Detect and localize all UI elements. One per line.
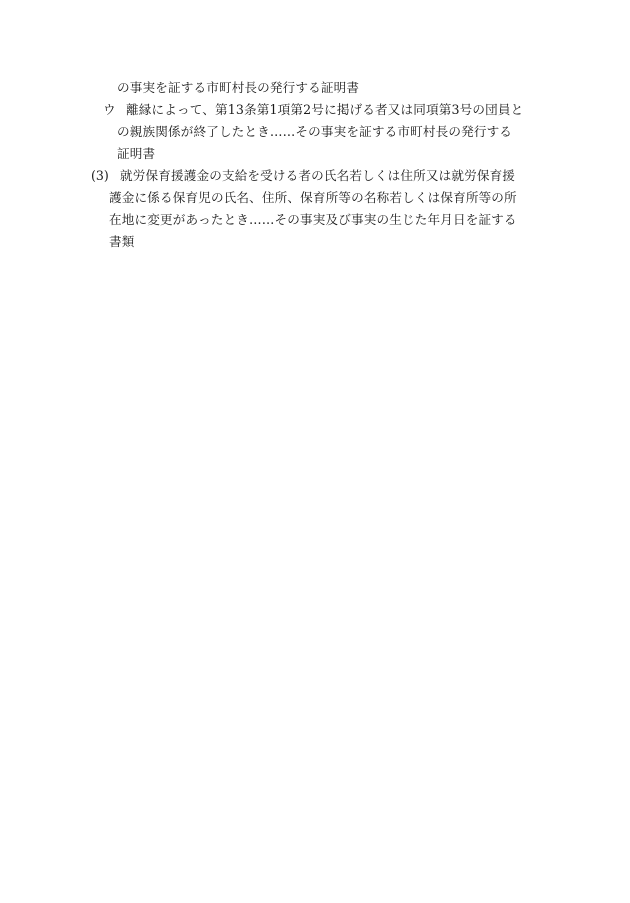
text-line-2: 離縁によって、第13条第1項第2号に掲げる者又は同項第3号の団員と [126, 102, 523, 118]
text-line-4: 証明書 [117, 146, 155, 162]
text-line-8: 書類 [109, 234, 135, 250]
item-marker-3: (3) [91, 168, 109, 184]
document-page: の事実を証する市町村長の発行する証明書 ウ 離縁によって、第13条第1項第2号に… [0, 0, 630, 903]
text-line-3: の親族関係が終了したとき……その事実を証する市町村長の発行する [117, 124, 512, 140]
item-marker-u: ウ [103, 102, 116, 118]
text-line-5: 就労保育援護金の支給を受ける者の氏名若しくは住所又は就労保育援 [120, 168, 515, 184]
text-line-6: 護金に係る保育児の氏名、住所、保育所等の名称若しくは保育所等の所 [109, 190, 517, 206]
text-line-1: の事実を証する市町村長の発行する証明書 [117, 80, 359, 96]
text-line-7: 在地に変更があったとき……その事実及び事実の生じた年月日を証する [109, 212, 517, 228]
